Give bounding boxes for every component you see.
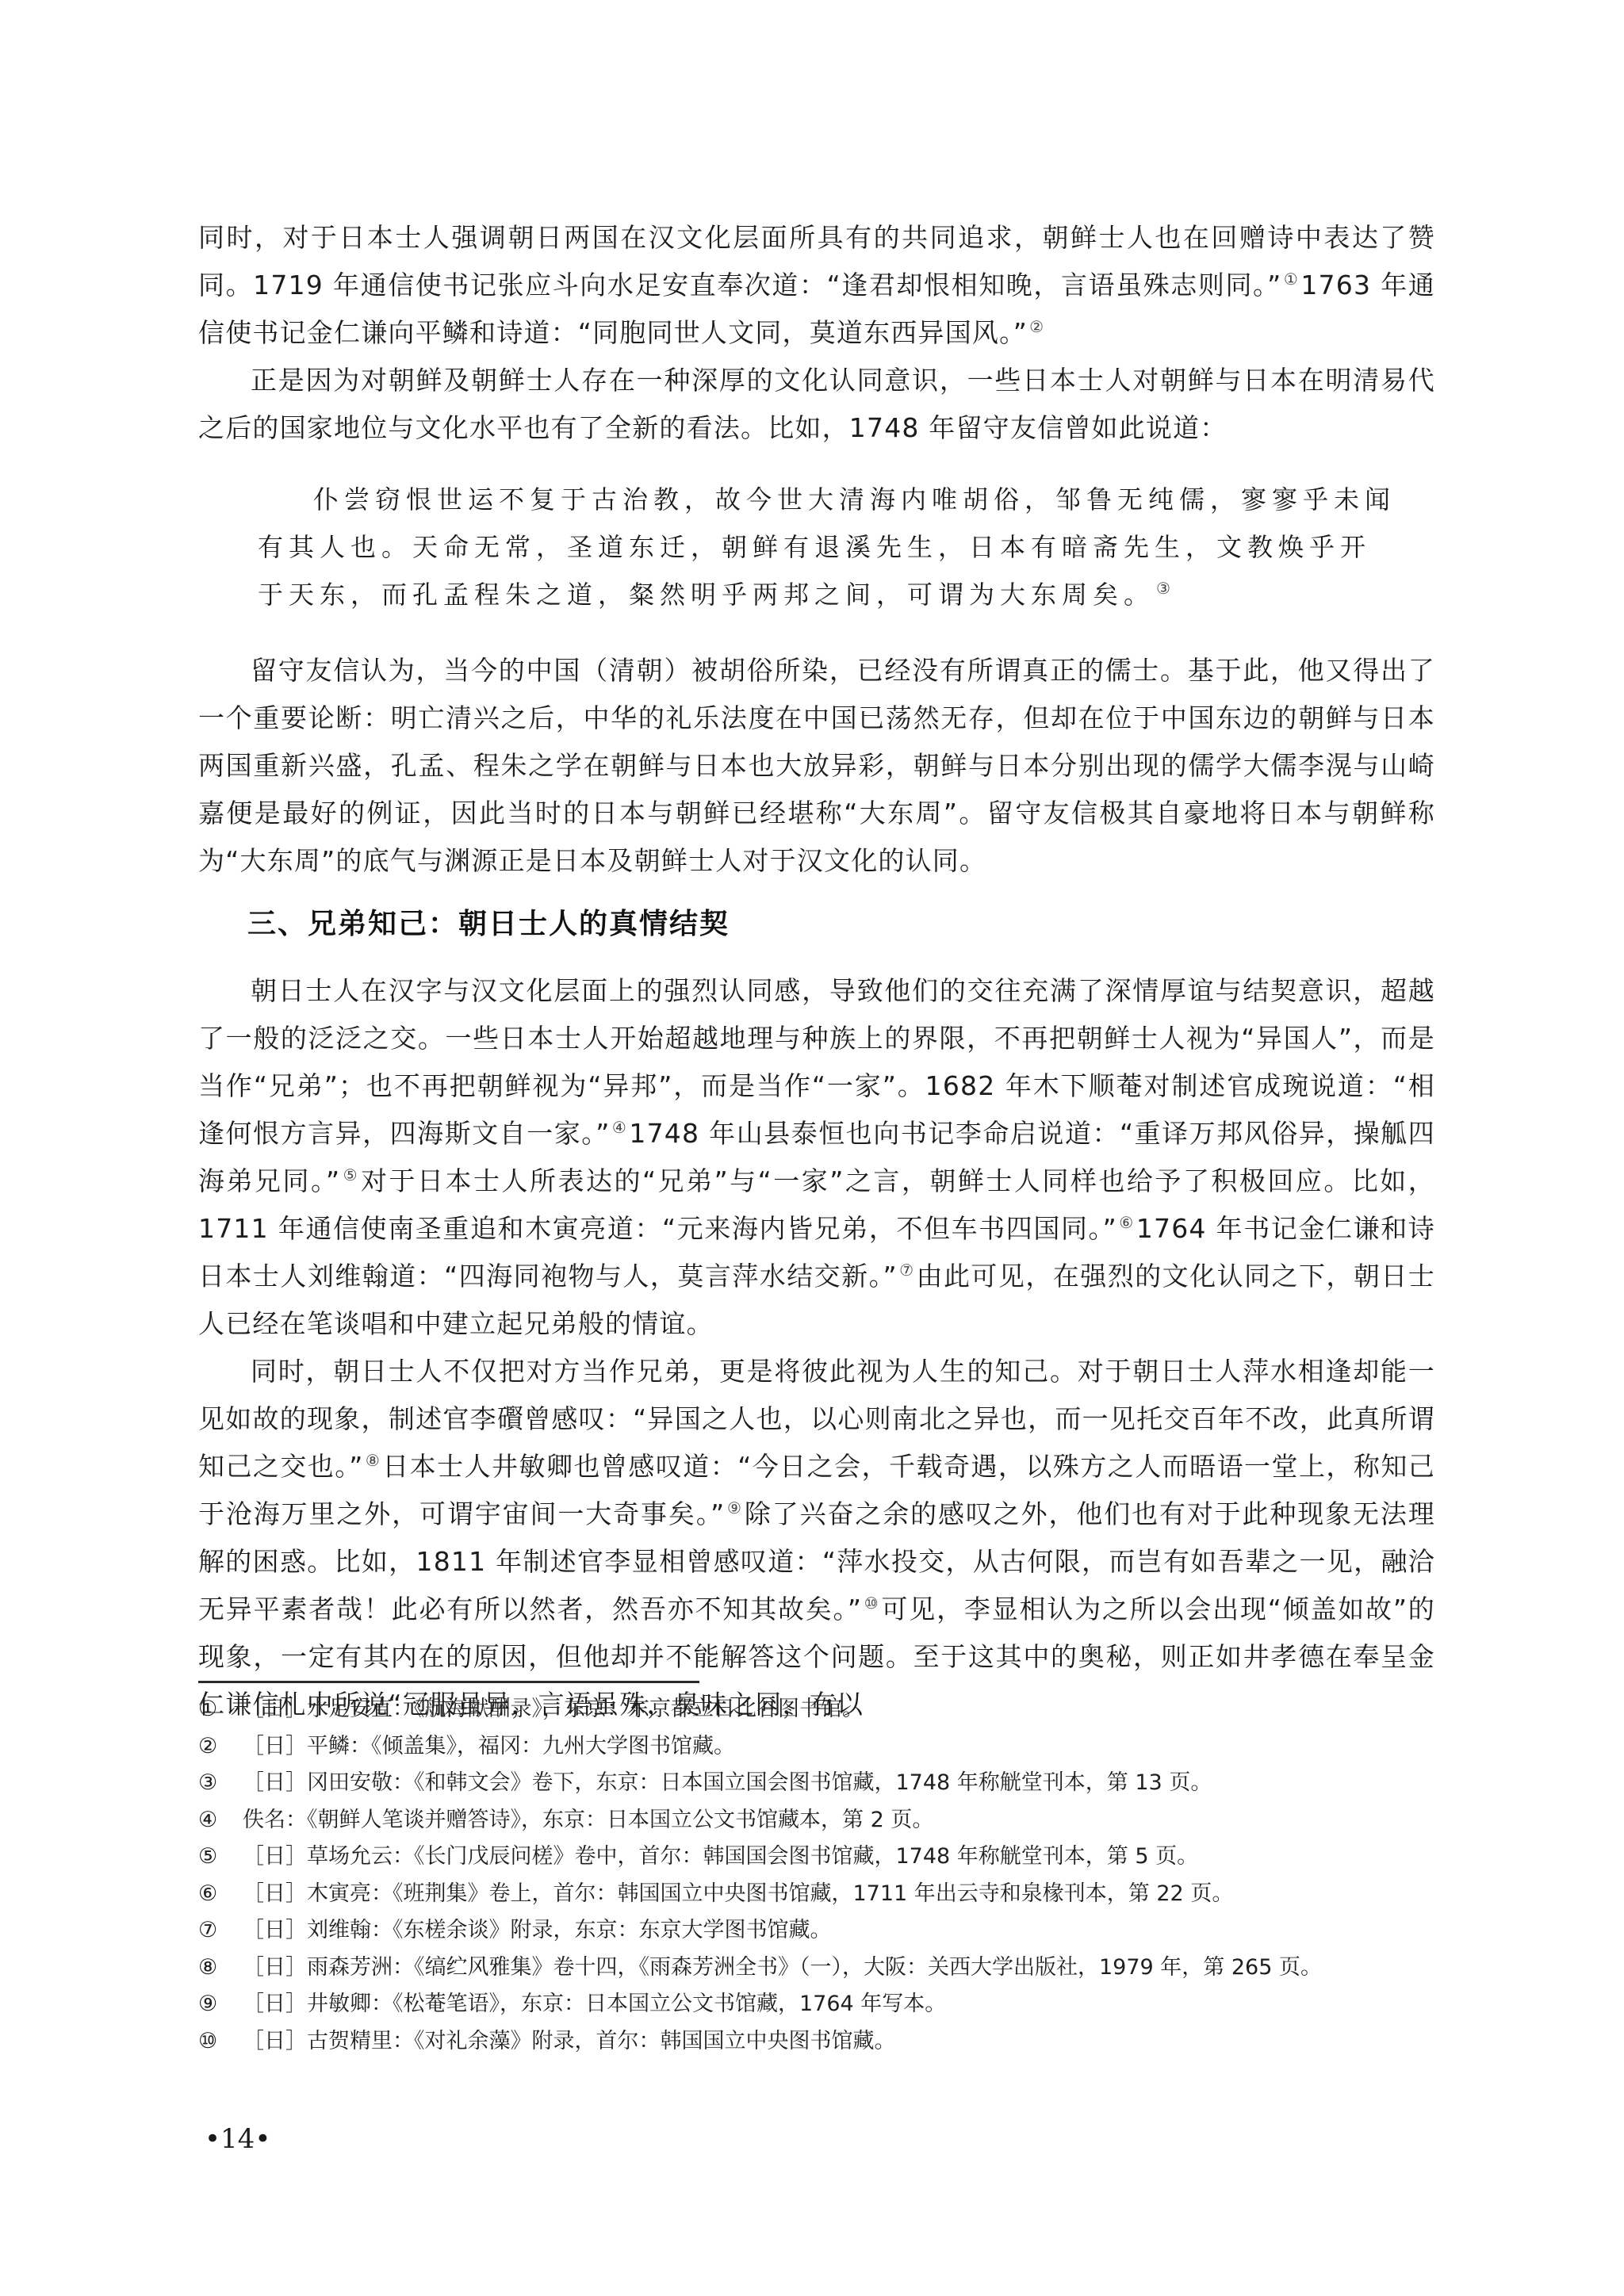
footnote-text: ［日］井敏卿：《松菴笔语》，东京：日本国立公文书馆藏，1764 年写本。 [243, 1986, 946, 2023]
footnote-text: ［日］草场允云：《长门戊辰问槎》卷中，首尔：韩国国会图书馆藏，1748 年称觥堂… [243, 1839, 1198, 1876]
block-quote: 仆尝窃恨世运不复于古治教，故今世大清海内唯胡俗，邹鲁无纯儒，寥寥乎未闻有其人也。… [258, 476, 1400, 618]
paragraph-5: 同时，朝日士人不仅把对方当作兄弟，更是将彼此视为人生的知己。对于朝日士人萍水相逢… [198, 1348, 1435, 1728]
footnote-text: ［日］冈田安敬：《和韩文会》卷下，东京：日本国立国会图书馆藏，1748 年称觥堂… [243, 1765, 1212, 1802]
footnote-ref-2[interactable]: ② [1029, 317, 1044, 336]
footnote-text: ［日］刘维翰：《东槎余谈》附录，东京：东京大学图书馆藏。 [243, 1912, 832, 1950]
footnote-ref-7[interactable]: ⑦ [899, 1261, 915, 1280]
footnote-item: ⑩［日］古贺精里：《对礼余藻》附录，首尔：韩国国立中央图书馆藏。 [198, 2023, 1467, 2061]
paragraph-3: 留守友信认为，当今的中国（清朝）被胡俗所染，已经没有所谓真正的儒士。基于此，他又… [198, 647, 1435, 885]
paragraph-2: 正是因为对朝鲜及朝鲜士人存在一种深厚的文化认同意识，一些日本士人对朝鲜与日本在明… [198, 357, 1435, 452]
footnote-ref-10[interactable]: ⑩ [864, 1594, 879, 1613]
quote-text: 仆尝窃恨世运不复于古治教，故今世大清海内唯胡俗，邹鲁无纯儒，寥寥乎未闻有其人也。… [258, 484, 1396, 610]
footnote-number: ④ [198, 1802, 243, 1839]
footnote-text: ［日］古贺精里：《对礼余藻》附录，首尔：韩国国立中央图书馆藏。 [243, 2023, 896, 2061]
footnote-item: ③［日］冈田安敬：《和韩文会》卷下，东京：日本国立国会图书馆藏，1748 年称觥… [198, 1765, 1467, 1802]
page-body: 同时，对于日本士人强调朝日两国在汉文化层面所具有的共同追求，朝鲜士人也在回赠诗中… [198, 214, 1435, 1728]
footnote-ref-1[interactable]: ① [1283, 270, 1299, 289]
footnote-text: 佚名：《朝鲜人笔谈并赠答诗》，东京：日本国立公文书馆藏本，第 2 页。 [243, 1802, 933, 1839]
footnote-number: ⑦ [198, 1912, 243, 1950]
footnote-number: ② [198, 1728, 243, 1766]
footnote-number: ① [198, 1691, 243, 1728]
footnote-item: ⑤［日］草场允云：《长门戊辰问槎》卷中，首尔：韩国国会图书馆藏，1748 年称觥… [198, 1839, 1467, 1876]
footnote-item: ⑥［日］木寅亮：《班荆集》卷上，首尔：韩国国立中央图书馆藏，1711 年出云寺和… [198, 1876, 1467, 1913]
footnote-divider [198, 1681, 699, 1683]
footnote-ref-9[interactable]: ⑨ [726, 1498, 742, 1517]
footnote-number: ⑩ [198, 2023, 243, 2061]
footnote-text: ［日］平鳞：《倾盖集》，福冈：九州大学图书馆藏。 [243, 1728, 735, 1766]
footnote-item: ①［日］水足安直：《航海献酬录》，东京：东京都立日比谷图书馆。 [198, 1691, 1467, 1728]
footnote-item: ⑦［日］刘维翰：《东槎余谈》附录，东京：东京大学图书馆藏。 [198, 1912, 1467, 1950]
footnote-ref-4[interactable]: ④ [612, 1118, 628, 1137]
footnote-number: ⑧ [198, 1950, 243, 1987]
footnote-text: ［日］雨森芳洲：《缟纻风雅集》卷十四，《雨森芳洲全书》（一），大阪：关西大学出版… [243, 1950, 1322, 1987]
footnote-ref-3[interactable]: ③ [1156, 579, 1176, 598]
footnote-number: ⑨ [198, 1986, 243, 2023]
footnote-text: ［日］木寅亮：《班荆集》卷上，首尔：韩国国立中央图书馆藏，1711 年出云寺和泉… [243, 1876, 1233, 1913]
footnotes-list: ①［日］水足安直：《航海献酬录》，东京：东京都立日比谷图书馆。 ②［日］平鳞：《… [198, 1691, 1467, 2060]
footnote-text: ［日］水足安直：《航海献酬录》，东京：东京都立日比谷图书馆。 [243, 1691, 864, 1728]
footnote-item: ⑨［日］井敏卿：《松菴笔语》，东京：日本国立公文书馆藏，1764 年写本。 [198, 1986, 1467, 2023]
footnote-ref-6[interactable]: ⑥ [1119, 1213, 1135, 1232]
section-heading: 三、兄弟知己：朝日士人的真情结契 [247, 899, 1435, 950]
footnote-ref-5[interactable]: ⑤ [342, 1165, 359, 1184]
footnote-number: ⑥ [198, 1876, 243, 1913]
footnote-number: ③ [198, 1765, 243, 1802]
footnote-item: ⑧［日］雨森芳洲：《缟纻风雅集》卷十四，《雨森芳洲全书》（一），大阪：关西大学出… [198, 1950, 1467, 1987]
paragraph-1: 同时，对于日本士人强调朝日两国在汉文化层面所具有的共同追求，朝鲜士人也在回赠诗中… [198, 214, 1435, 357]
footnote-number: ⑤ [198, 1839, 243, 1876]
footnote-item: ④佚名：《朝鲜人笔谈并赠答诗》，东京：日本国立公文书馆藏本，第 2 页。 [198, 1802, 1467, 1839]
paragraph-4: 朝日士人在汉字与汉文化层面上的强烈认同感，导致他们的交往充满了深情厚谊与结契意识… [198, 967, 1435, 1348]
page-number: •14• [205, 2123, 270, 2155]
footnote-item: ②［日］平鳞：《倾盖集》，福冈：九州大学图书馆藏。 [198, 1728, 1467, 1766]
paragraph-text: 同时，对于日本士人强调朝日两国在汉文化层面所具有的共同追求，朝鲜士人也在回赠诗中… [198, 222, 1435, 300]
footnote-ref-8[interactable]: ⑧ [366, 1451, 381, 1470]
